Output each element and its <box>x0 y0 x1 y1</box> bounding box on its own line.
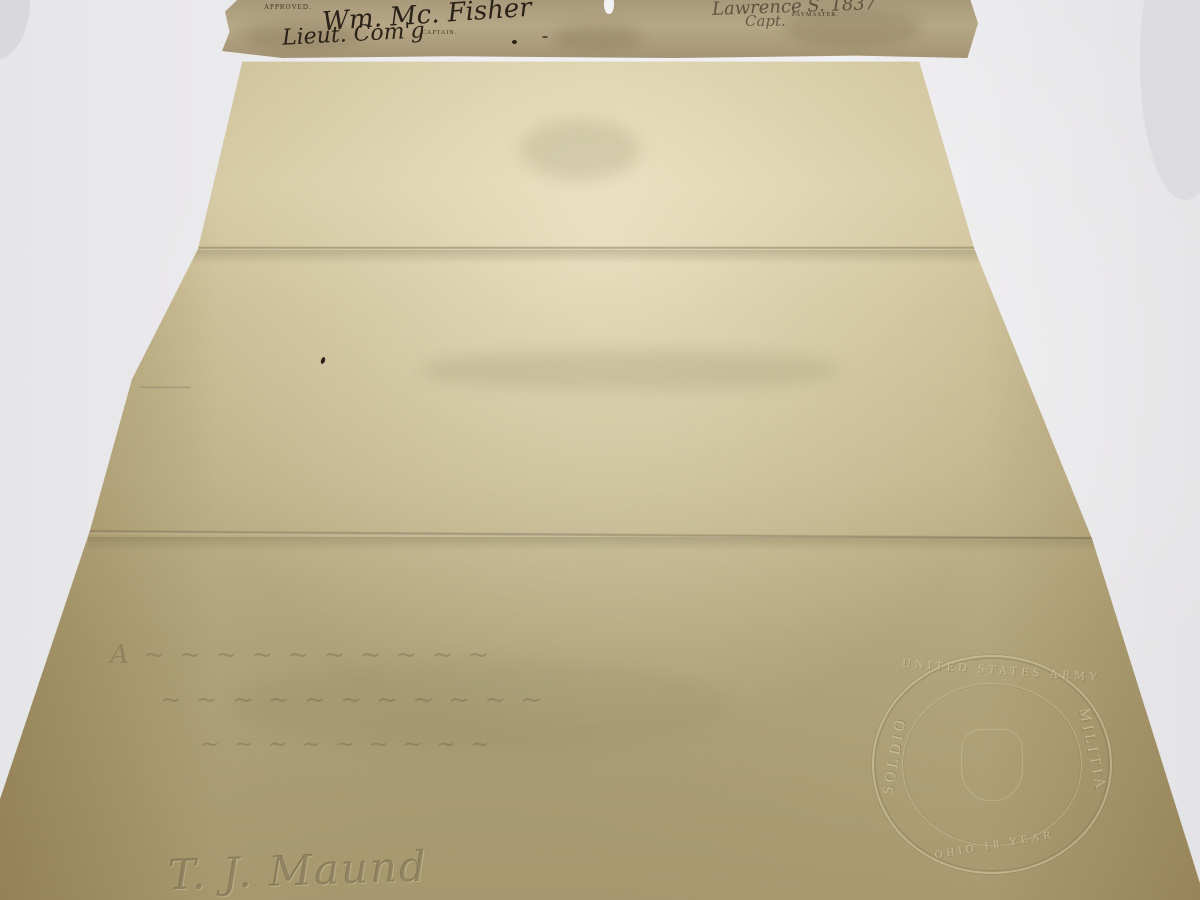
fold-shadow-upper <box>190 250 980 264</box>
faint-handwriting-line: ~ ~ ~ ~ ~ ~ ~ ~ ~ ~ ~ <box>160 685 545 715</box>
strip-stain <box>552 25 642 50</box>
faint-handwriting-line: ~ ~ ~ ~ ~ ~ ~ ~ ~ <box>200 730 493 758</box>
paper-stain <box>520 120 640 180</box>
fold-shadow-lower <box>88 537 1096 551</box>
bottom-signature: T. J. Maund <box>167 841 428 899</box>
torn-signature-strip: APPROVED. Wm. Mc. Fisher Lieut. Com'g CA… <box>222 0 978 58</box>
seal-emblem-icon <box>961 729 1023 801</box>
background-shadow-left <box>0 0 30 60</box>
ink-speck <box>542 36 548 38</box>
embossed-seal: UNITED STATES ARMY SOLDIO MILITIA OHIO 1… <box>872 655 1112 874</box>
seal-inner-ring <box>902 683 1082 846</box>
approved-label: APPROVED. <box>264 3 312 11</box>
faint-handwriting-line: A ~ ~ ~ ~ ~ ~ ~ ~ ~ ~ <box>110 640 492 670</box>
paper-stain <box>420 350 840 390</box>
paymaster-label: PAYMASTER. <box>792 12 839 18</box>
paymaster-signature-rank: Capt. <box>745 12 786 30</box>
background-shadow-right <box>1140 0 1200 200</box>
ink-speck <box>320 357 326 365</box>
ink-speck <box>512 40 517 44</box>
fold-tear-left <box>140 387 190 389</box>
tear-notch <box>604 0 614 14</box>
captain-label: CAPTAIN. <box>422 30 457 36</box>
